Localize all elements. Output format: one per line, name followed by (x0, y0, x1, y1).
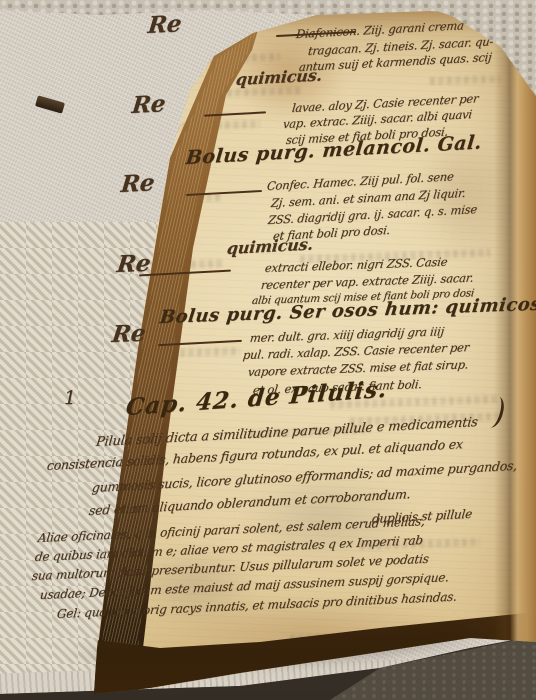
handwritten-ink-layer: Re Diafenicon. Ziij. garani crema tragac… (0, 0, 536, 700)
recipe-dash (158, 340, 242, 346)
recipe-dash (204, 111, 266, 116)
recipe-dash (139, 270, 231, 277)
recipe-marker: Re (147, 10, 183, 39)
recipe-dash (186, 190, 262, 196)
manuscript-photo: Re Diafenicon. Ziij. garani crema tragac… (0, 0, 536, 700)
recipe-marker: Re (131, 90, 167, 119)
recipe-marker: Re (120, 169, 156, 198)
recipe-marker: Re (110, 320, 147, 348)
subheading-quimicus: quimicus. (235, 65, 323, 89)
margin-number: 1 (64, 387, 76, 409)
subheading-quimicus: quimicus. (226, 234, 314, 258)
ink-flourish (482, 394, 506, 429)
